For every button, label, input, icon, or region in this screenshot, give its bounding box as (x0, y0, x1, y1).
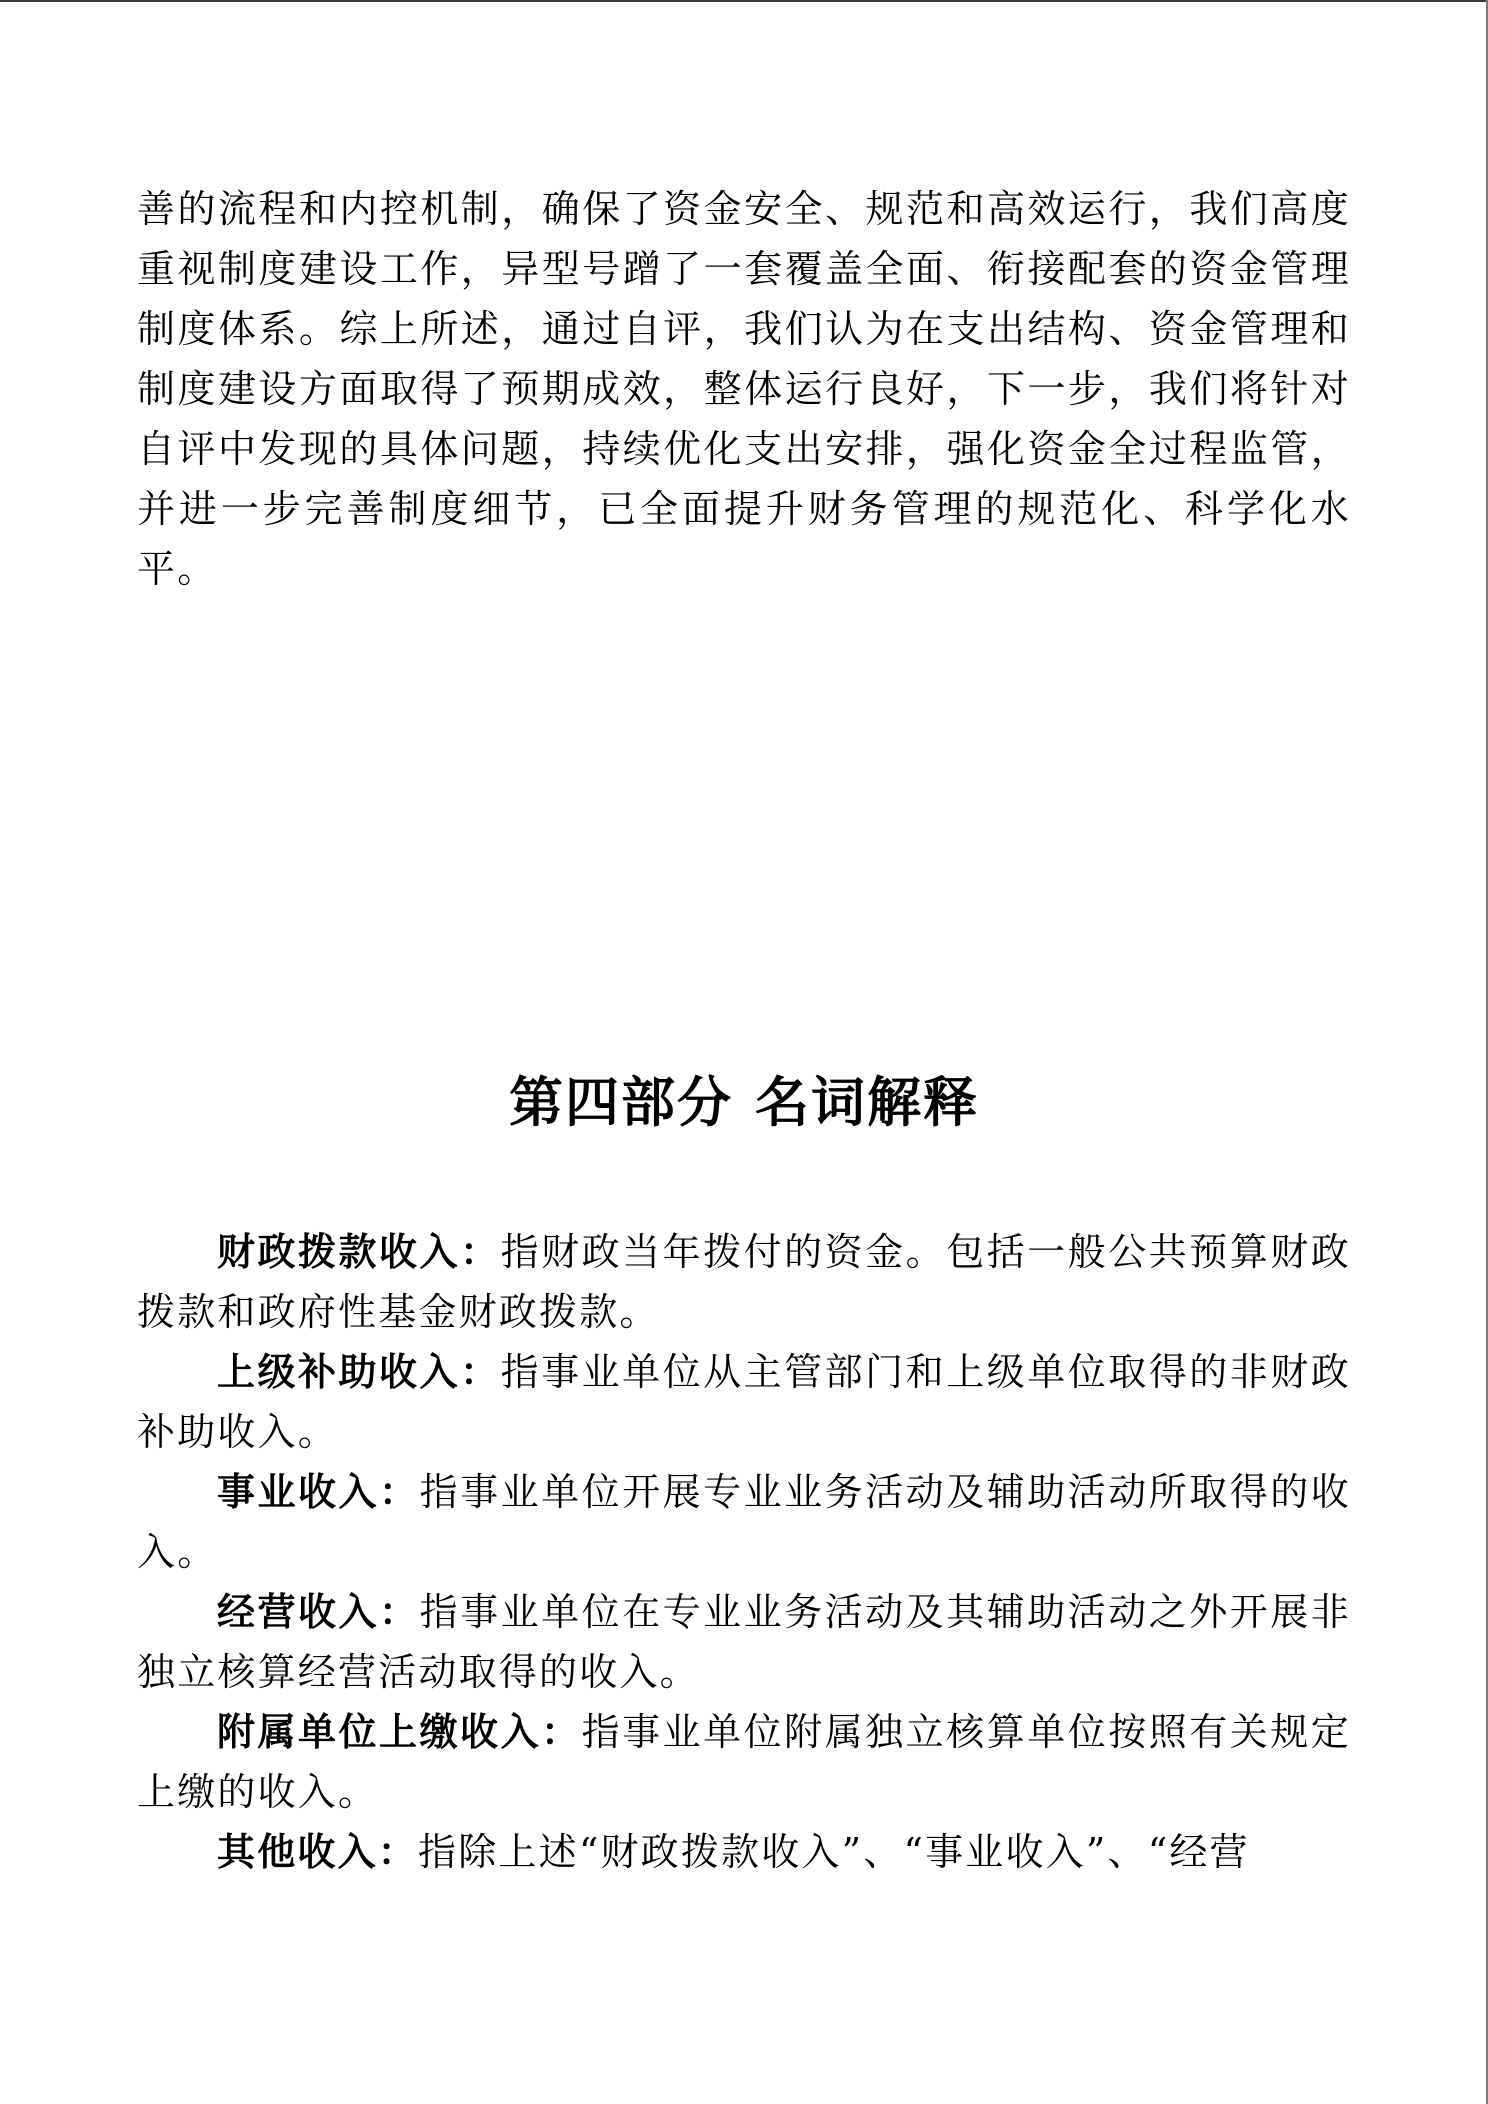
glossary-item: 其他收入：指除上述“财政拨款收入”、“事业收入”、“经营 (137, 1822, 1351, 1882)
glossary-item: 财政拨款收入：指财政当年拨付的资金。包括一般公共预算财政拨款和政府性基金财政拨款… (137, 1222, 1351, 1342)
glossary-term: 附属单位上缴收入： (217, 1710, 582, 1754)
section-title-text: 名词解释 (755, 1071, 979, 1134)
section-title: 第四部分名词解释 (137, 1068, 1351, 1138)
glossary-item: 事业收入：指事业单位开展专业业务活动及辅助活动所取得的收入。 (137, 1462, 1351, 1582)
glossary-term: 事业收入： (217, 1470, 420, 1514)
glossary-item: 附属单位上缴收入：指事业单位附属独立核算单位按照有关规定上缴的收入。 (137, 1702, 1351, 1822)
glossary-term: 上级补助收入： (217, 1350, 501, 1394)
glossary-item: 经营收入：指事业单位在专业业务活动及其辅助活动之外开展非独立核算经营活动取得的收… (137, 1582, 1351, 1702)
glossary-term: 其他收入： (217, 1830, 418, 1874)
glossary-item: 上级补助收入：指事业单位从主管部门和上级单位取得的非财政补助收入。 (137, 1342, 1351, 1462)
glossary-term: 经营收入： (217, 1590, 420, 1634)
glossary-term: 财政拨款收入： (217, 1230, 501, 1274)
glossary-definition: 指除上述“财政拨款收入”、“事业收入”、“经营 (418, 1830, 1250, 1874)
section-part-label: 第四部分 (509, 1071, 733, 1134)
intro-paragraph: 善的流程和内控机制，确保了资金安全、规范和高效运行，我们高度重视制度建设工作，异… (137, 179, 1351, 599)
glossary-list: 财政拨款收入：指财政当年拨付的资金。包括一般公共预算财政拨款和政府性基金财政拨款… (137, 1222, 1351, 1882)
page-top-border (0, 0, 1488, 2)
